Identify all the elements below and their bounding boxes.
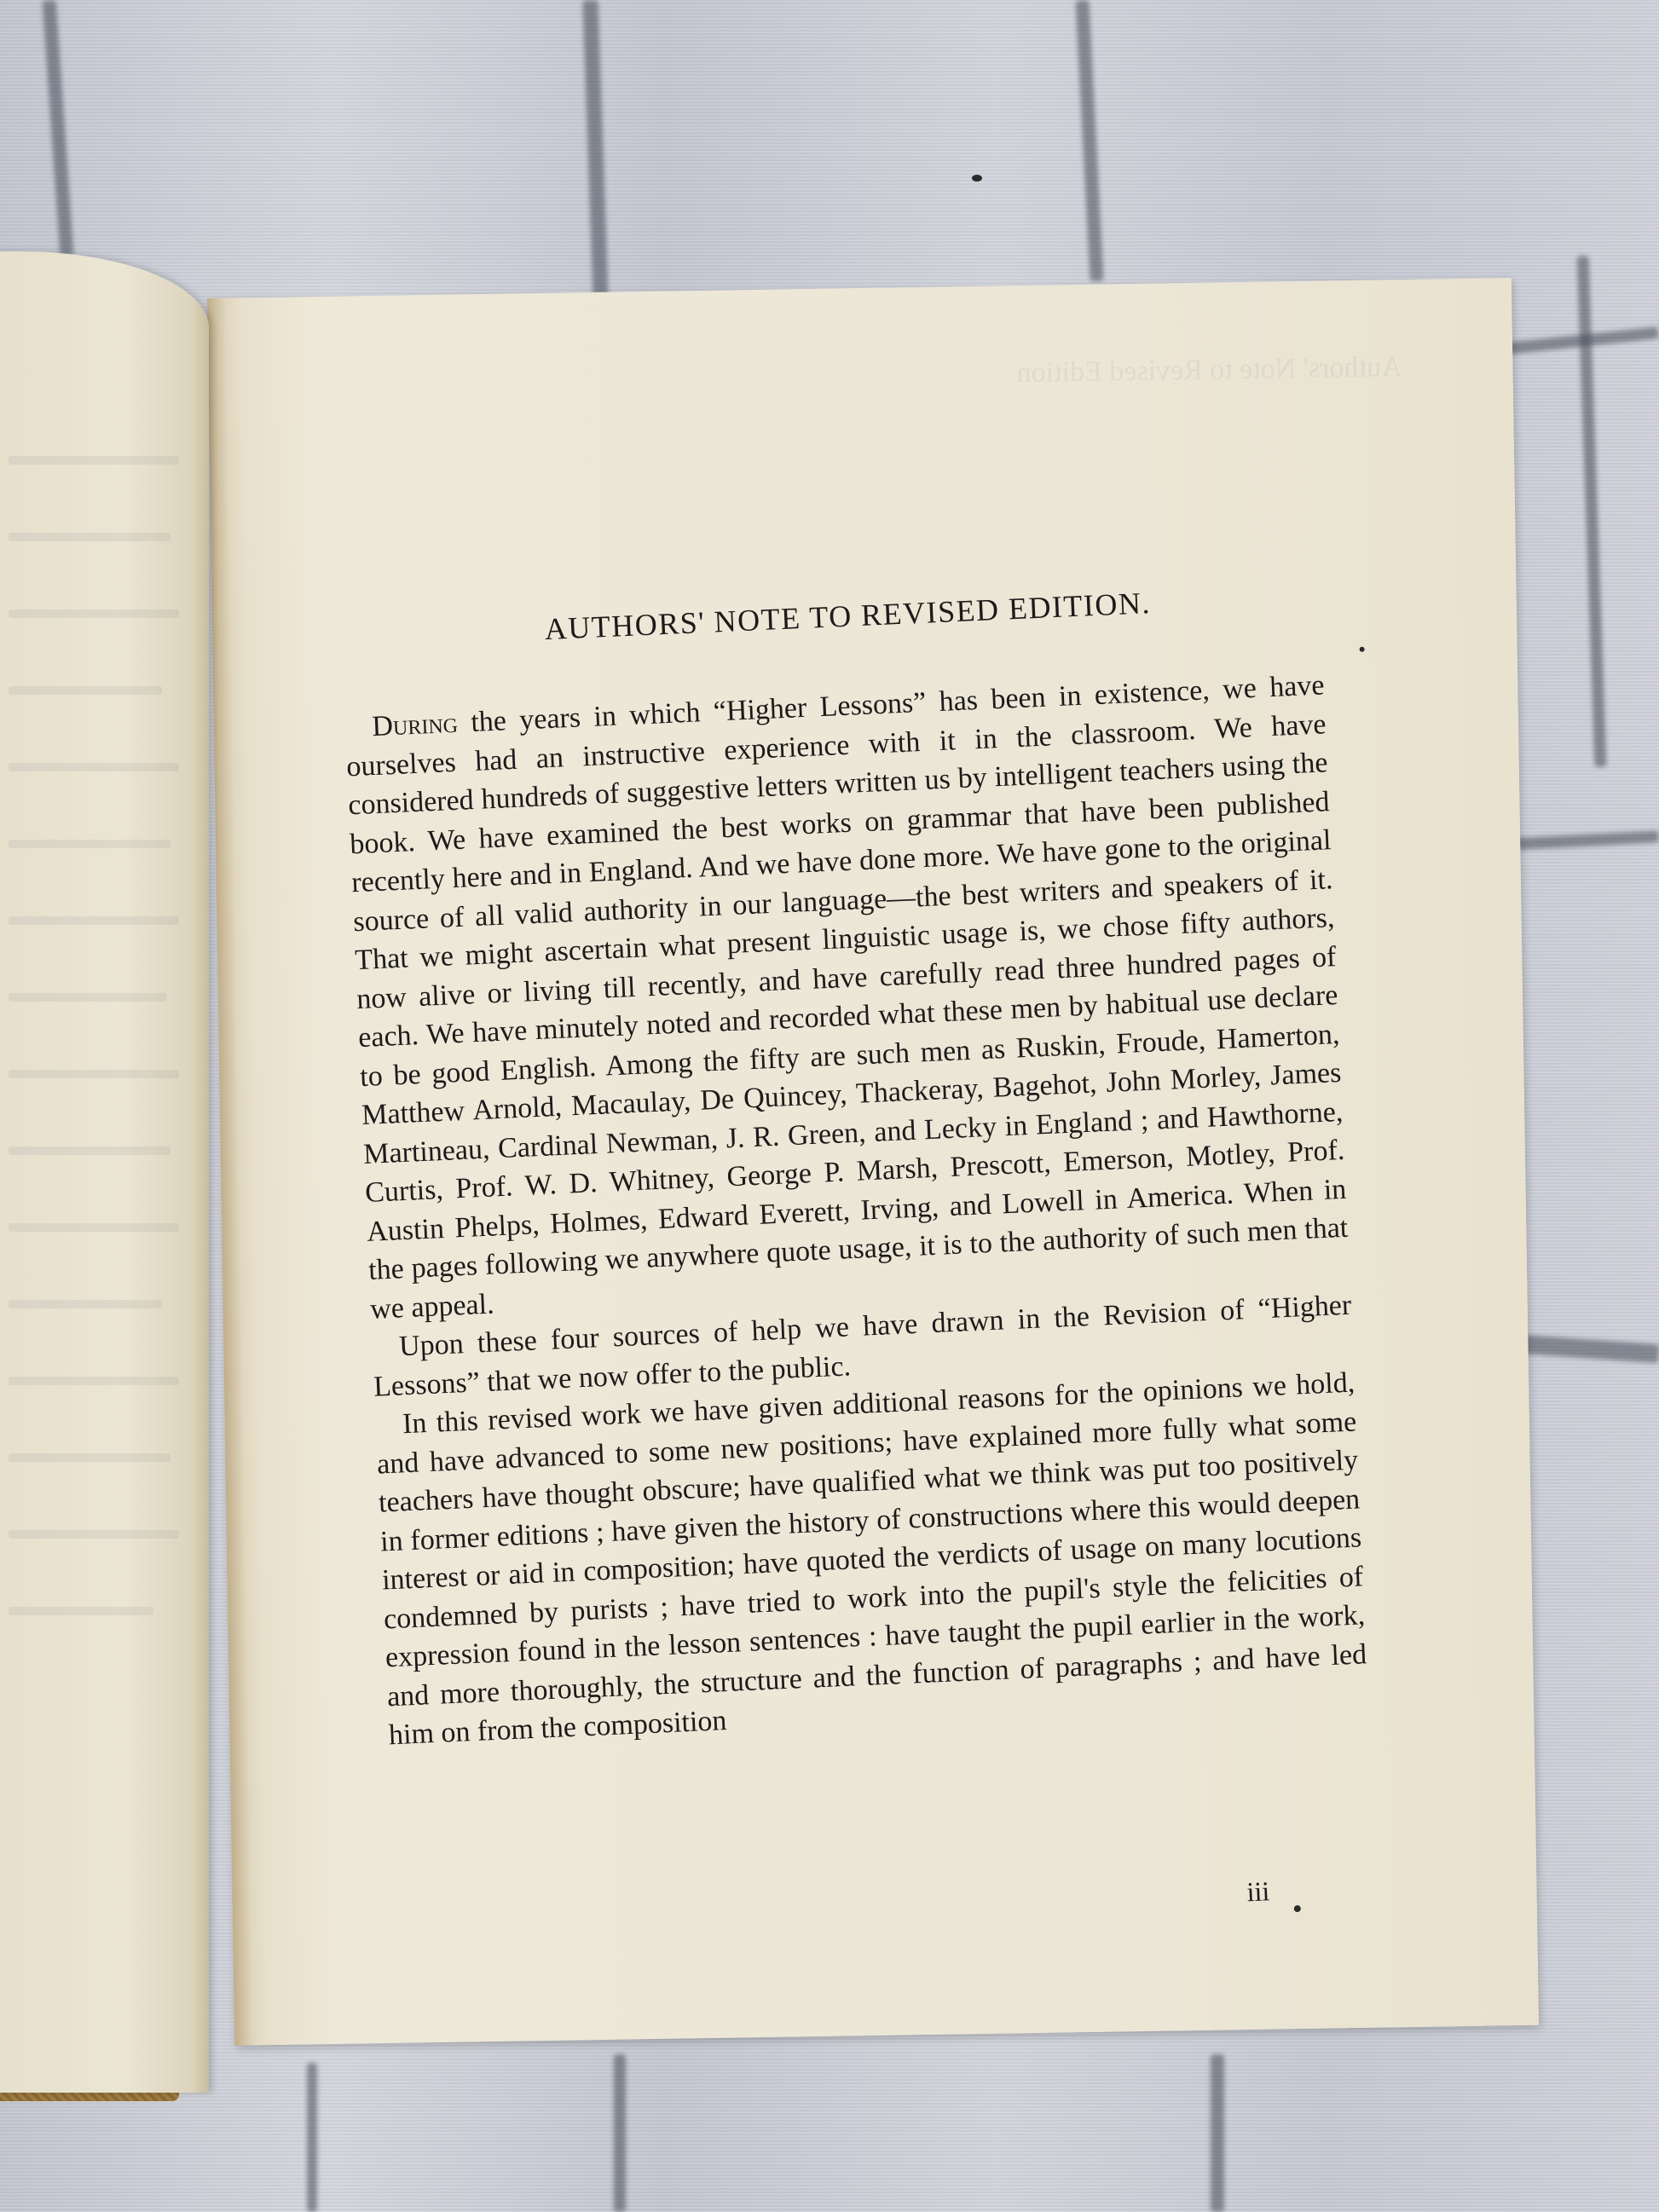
show-through-line (9, 1300, 162, 1308)
show-through-text: Authors' Note to Revised Edition (336, 348, 1402, 404)
show-through-line (9, 533, 171, 541)
paragraph-body: In this revised work we have given addit… (376, 1367, 1367, 1752)
mortar-line (43, 0, 74, 256)
paragraph-3: In this revised work we have given addit… (374, 1364, 1369, 1755)
wall-speck (972, 175, 982, 182)
show-through-line (9, 993, 166, 1002)
show-through-line (9, 1223, 179, 1232)
show-through-line (9, 916, 179, 925)
page-title: AUTHORS' NOTE TO REVISED EDITION. (340, 577, 1321, 656)
mortar-line (614, 2054, 626, 2212)
mortar-line (307, 2063, 317, 2212)
page-text-block: AUTHORS' NOTE TO REVISED EDITION. During… (340, 577, 1369, 1754)
show-through-line (9, 840, 171, 848)
right-page: Authors' Note to Revised Edition AUTHORS… (207, 278, 1539, 2046)
drop-lead-word: During (372, 707, 459, 742)
show-through-line (9, 456, 179, 465)
paragraph-1: During the years in which “Higher Lesson… (344, 666, 1350, 1328)
show-through-line (9, 763, 179, 771)
paper-speck (1294, 1905, 1301, 1912)
show-through-line (9, 1146, 171, 1155)
show-through-line (9, 1530, 179, 1539)
left-page (0, 251, 209, 2093)
paragraph-body: the years in which “Higher Lessons” has … (346, 669, 1349, 1325)
show-through-line (9, 1607, 153, 1615)
show-through-line (9, 1377, 179, 1385)
mortar-line (1211, 2054, 1224, 2212)
page-number: iii (1246, 1875, 1270, 1908)
show-through-line (9, 609, 179, 618)
show-through-line (9, 1070, 179, 1078)
mortar-line (582, 0, 609, 324)
mortar-line (1075, 0, 1103, 281)
show-through-line (9, 1453, 171, 1462)
show-through-line (9, 686, 162, 695)
paper-speck (1360, 647, 1365, 652)
